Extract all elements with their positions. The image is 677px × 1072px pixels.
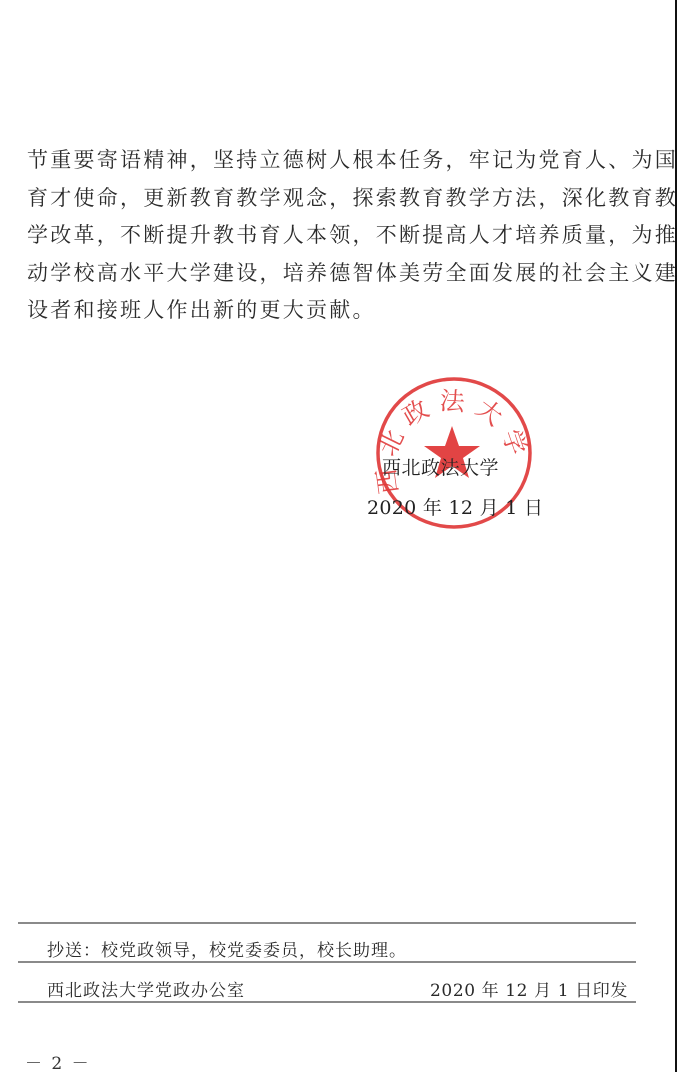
footer-rule-top — [18, 922, 636, 924]
signature-organization: 西北政法大学 — [382, 453, 499, 480]
body-line: 节重要寄语精神，坚持立德树人根本任务，牢记为党育人、为国 — [27, 146, 639, 184]
issuer: 西北政法大学党政办公室 — [47, 976, 245, 1001]
body-line: 育才使命，更新教育教学观念，探索教育教学方法，深化教育教 — [27, 184, 639, 222]
signature-date: 2020 年 12 月 1 日 — [367, 493, 543, 520]
body-line: 学改革，不断提升教书育人本领，不断提高人才培养质量，为推 — [27, 221, 639, 259]
page-number: － 2 － — [25, 1049, 91, 1072]
cc-line: 抄送：校党政领导，校党委委员，校长助理。 — [47, 936, 407, 961]
issue-date: 2020 年 12 月 1 日印发 — [430, 976, 628, 1001]
body-line: 动学校高水平大学建设，培养德智体美劳全面发展的社会主义建 — [27, 259, 639, 297]
body-line: 设者和接班人作出新的更大贡献。 — [27, 296, 639, 334]
footer-rule-middle — [18, 961, 636, 963]
document-body: 节重要寄语精神，坚持立德树人根本任务，牢记为党育人、为国 育才使命，更新教育教学… — [27, 146, 639, 334]
footer-rule-bottom — [18, 1001, 636, 1003]
